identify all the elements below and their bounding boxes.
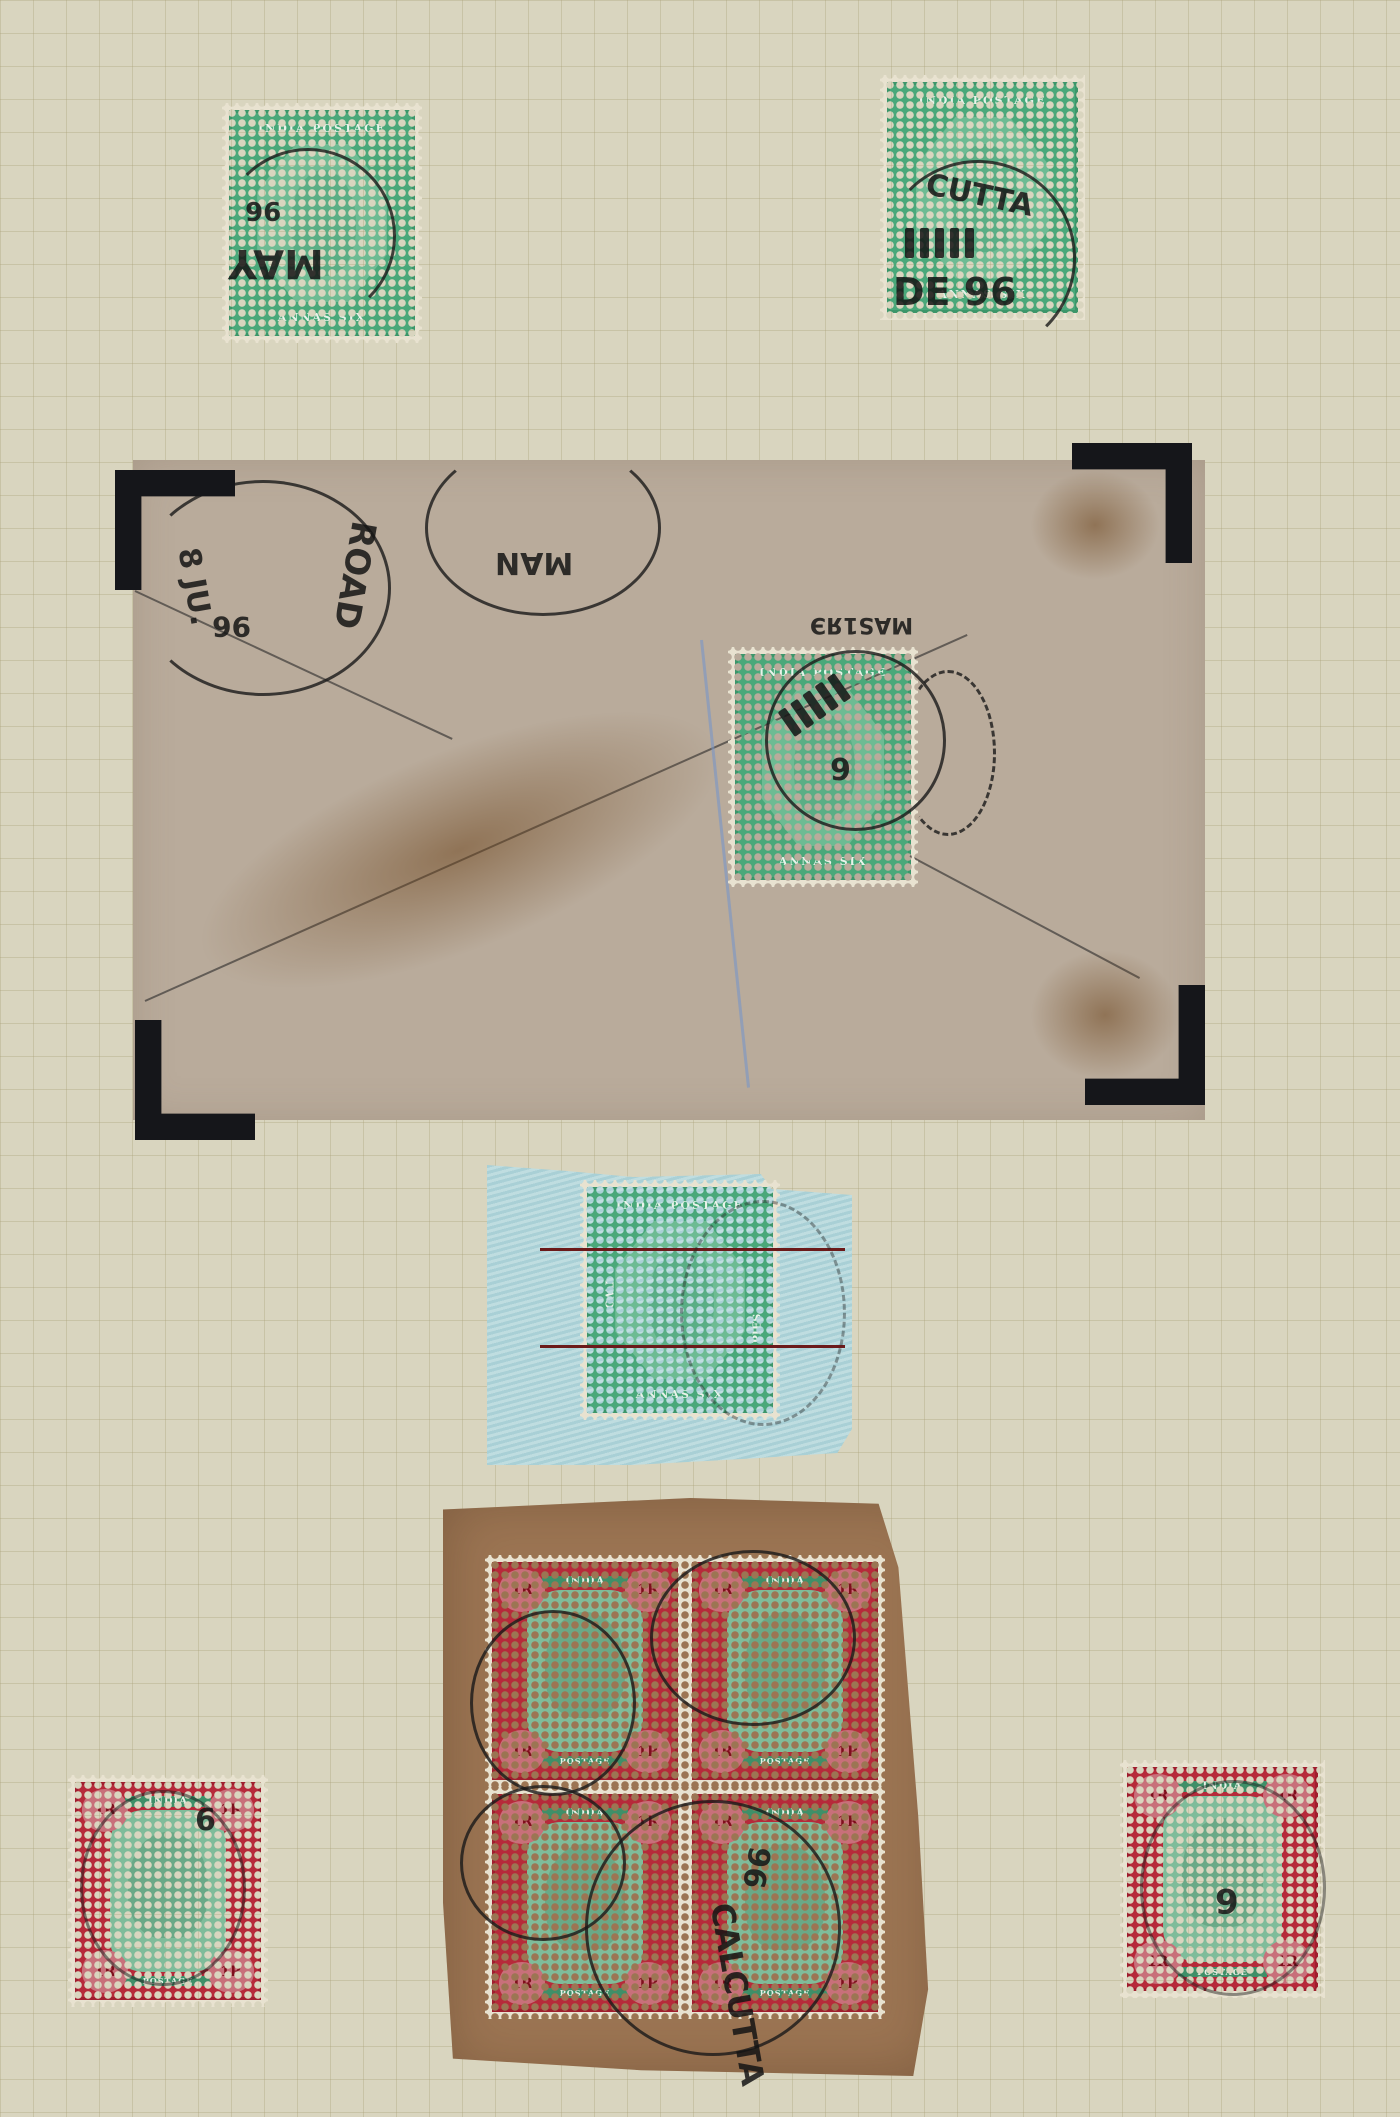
value-tablet: 1R: [625, 1730, 672, 1772]
stamp-label-top: INDIA POSTAGE: [890, 94, 1075, 107]
postmark-date: DE 96: [893, 270, 1017, 314]
postmark-day: 6: [1215, 1880, 1239, 1920]
stain: [1030, 950, 1180, 1080]
postmark-date: 96: [245, 195, 281, 225]
postmark-road-year: 96: [212, 610, 251, 643]
postmark-block: [470, 1610, 636, 1796]
postmark-text: MAY: [228, 240, 324, 286]
postmark-top-text: MAN: [495, 545, 573, 580]
stamp-label-bottom: POSTAGE: [742, 1756, 828, 1766]
postmark-day: 6: [830, 750, 851, 785]
postmark-top-left: [220, 148, 396, 324]
value-tablet: 1R: [499, 1962, 546, 2004]
stamp-label-bottom: ANNAS SIX: [738, 855, 908, 868]
postmark-top-envelope: [425, 440, 661, 616]
postmark-blue-fragment: [680, 1200, 846, 1426]
postmark-envelope-outer: [900, 670, 996, 836]
postmark-bottom-left: [80, 1790, 246, 1986]
value-tablet: 1R: [825, 1801, 872, 1843]
value-tablet: 1R: [499, 1569, 546, 1611]
stamp-label-top: INDIA POSTAGE: [232, 122, 412, 135]
postmark-block-date: 96: [735, 1844, 777, 1891]
value-tablet: 1R: [699, 1730, 746, 1772]
stamp-label-left: TWO: [603, 1278, 616, 1308]
postmark-block: [650, 1550, 856, 1726]
postmark-day: 9: [195, 1800, 216, 1835]
stamp-label-top: INDIA: [542, 1576, 628, 1587]
value-tablet: 1R: [825, 1730, 872, 1772]
stain: [1030, 470, 1160, 580]
postmark-bars: [905, 228, 974, 258]
registered-label: MAS1ЯЭ: [810, 612, 913, 637]
